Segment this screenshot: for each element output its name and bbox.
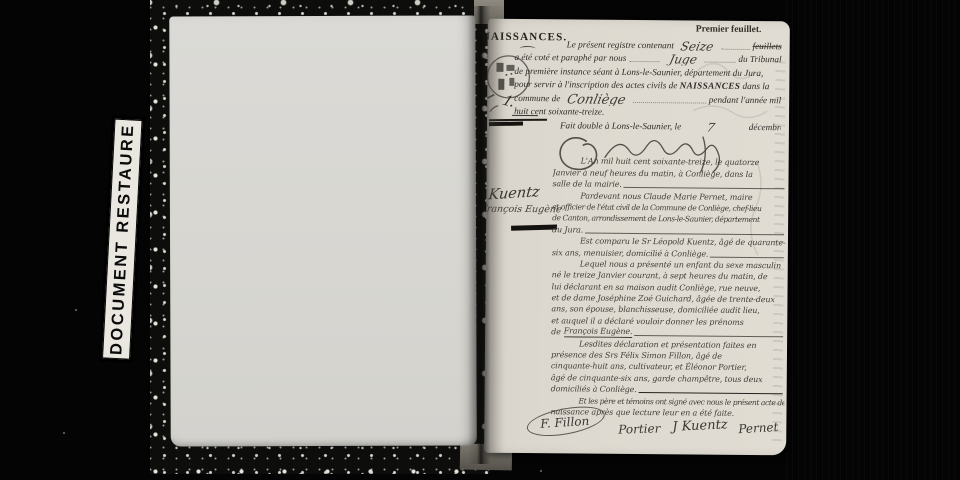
preamble-text: pendant l'année mil <box>709 93 782 107</box>
ruled-gap <box>629 61 659 62</box>
document-restored-label: DOCUMENT RESTAURE <box>102 119 143 360</box>
closing-rule <box>710 256 784 258</box>
preamble-keyword: NAISSANCES <box>680 79 741 93</box>
preamble-text: pour servir à l'inscription des actes ci… <box>514 78 677 92</box>
preamble-text: du Tribunal <box>738 53 781 66</box>
blank-left-page <box>169 15 476 446</box>
register-right-page: Premier feuillet. NAISSANCES. 1. Le prés… <box>484 19 790 456</box>
scanned-register-photo: Premier feuillet. NAISSANCES. 1. Le prés… <box>0 0 960 480</box>
closing-rule <box>624 187 785 189</box>
closing-rule <box>639 392 783 394</box>
preamble-text: feuillets <box>753 40 782 53</box>
dust-speck <box>63 432 65 434</box>
signature-fillon: F. Fillon <box>540 414 590 431</box>
dust-speck <box>75 309 77 311</box>
printed-preamble: Le présent registre contenant Seize feui… <box>514 37 782 134</box>
feuillet-label: Premier feuillet. <box>696 25 762 36</box>
preamble-text: dans la <box>743 80 770 93</box>
signature-kuentz: J Kuentz <box>672 417 728 434</box>
birth-act-body: L'An mil huit cent soixante-treize, le q… <box>550 155 786 419</box>
preamble-text: Le présent registre contenant <box>567 38 674 52</box>
ruled-gap <box>722 48 750 49</box>
preamble-text: a été coté et paraphé par nous <box>515 51 627 65</box>
dust-speck <box>540 470 542 472</box>
ruled-gap <box>634 101 706 103</box>
closing-rule <box>634 335 783 337</box>
child-name-underlined: François Eugène. <box>564 326 633 338</box>
signature-pernet: Pernet <box>738 420 779 436</box>
preamble-line: huit cent soixante-treize. <box>514 104 781 120</box>
margin-note-underbar <box>511 225 557 231</box>
ruled-gap <box>705 62 735 63</box>
handwritten-commune: Conliège <box>566 93 627 106</box>
preamble-text: commune de <box>514 91 560 104</box>
handwritten-fill: Juge <box>668 53 698 66</box>
background-film-streaks <box>786 0 960 480</box>
preamble-text: huit cent soixante-treize. <box>514 105 604 119</box>
signature-portier: Portier <box>618 421 660 436</box>
act-line: de Canton, arrondissement de Lons-le-Sau… <box>552 212 786 225</box>
handwritten-fill: Seize <box>679 40 714 53</box>
